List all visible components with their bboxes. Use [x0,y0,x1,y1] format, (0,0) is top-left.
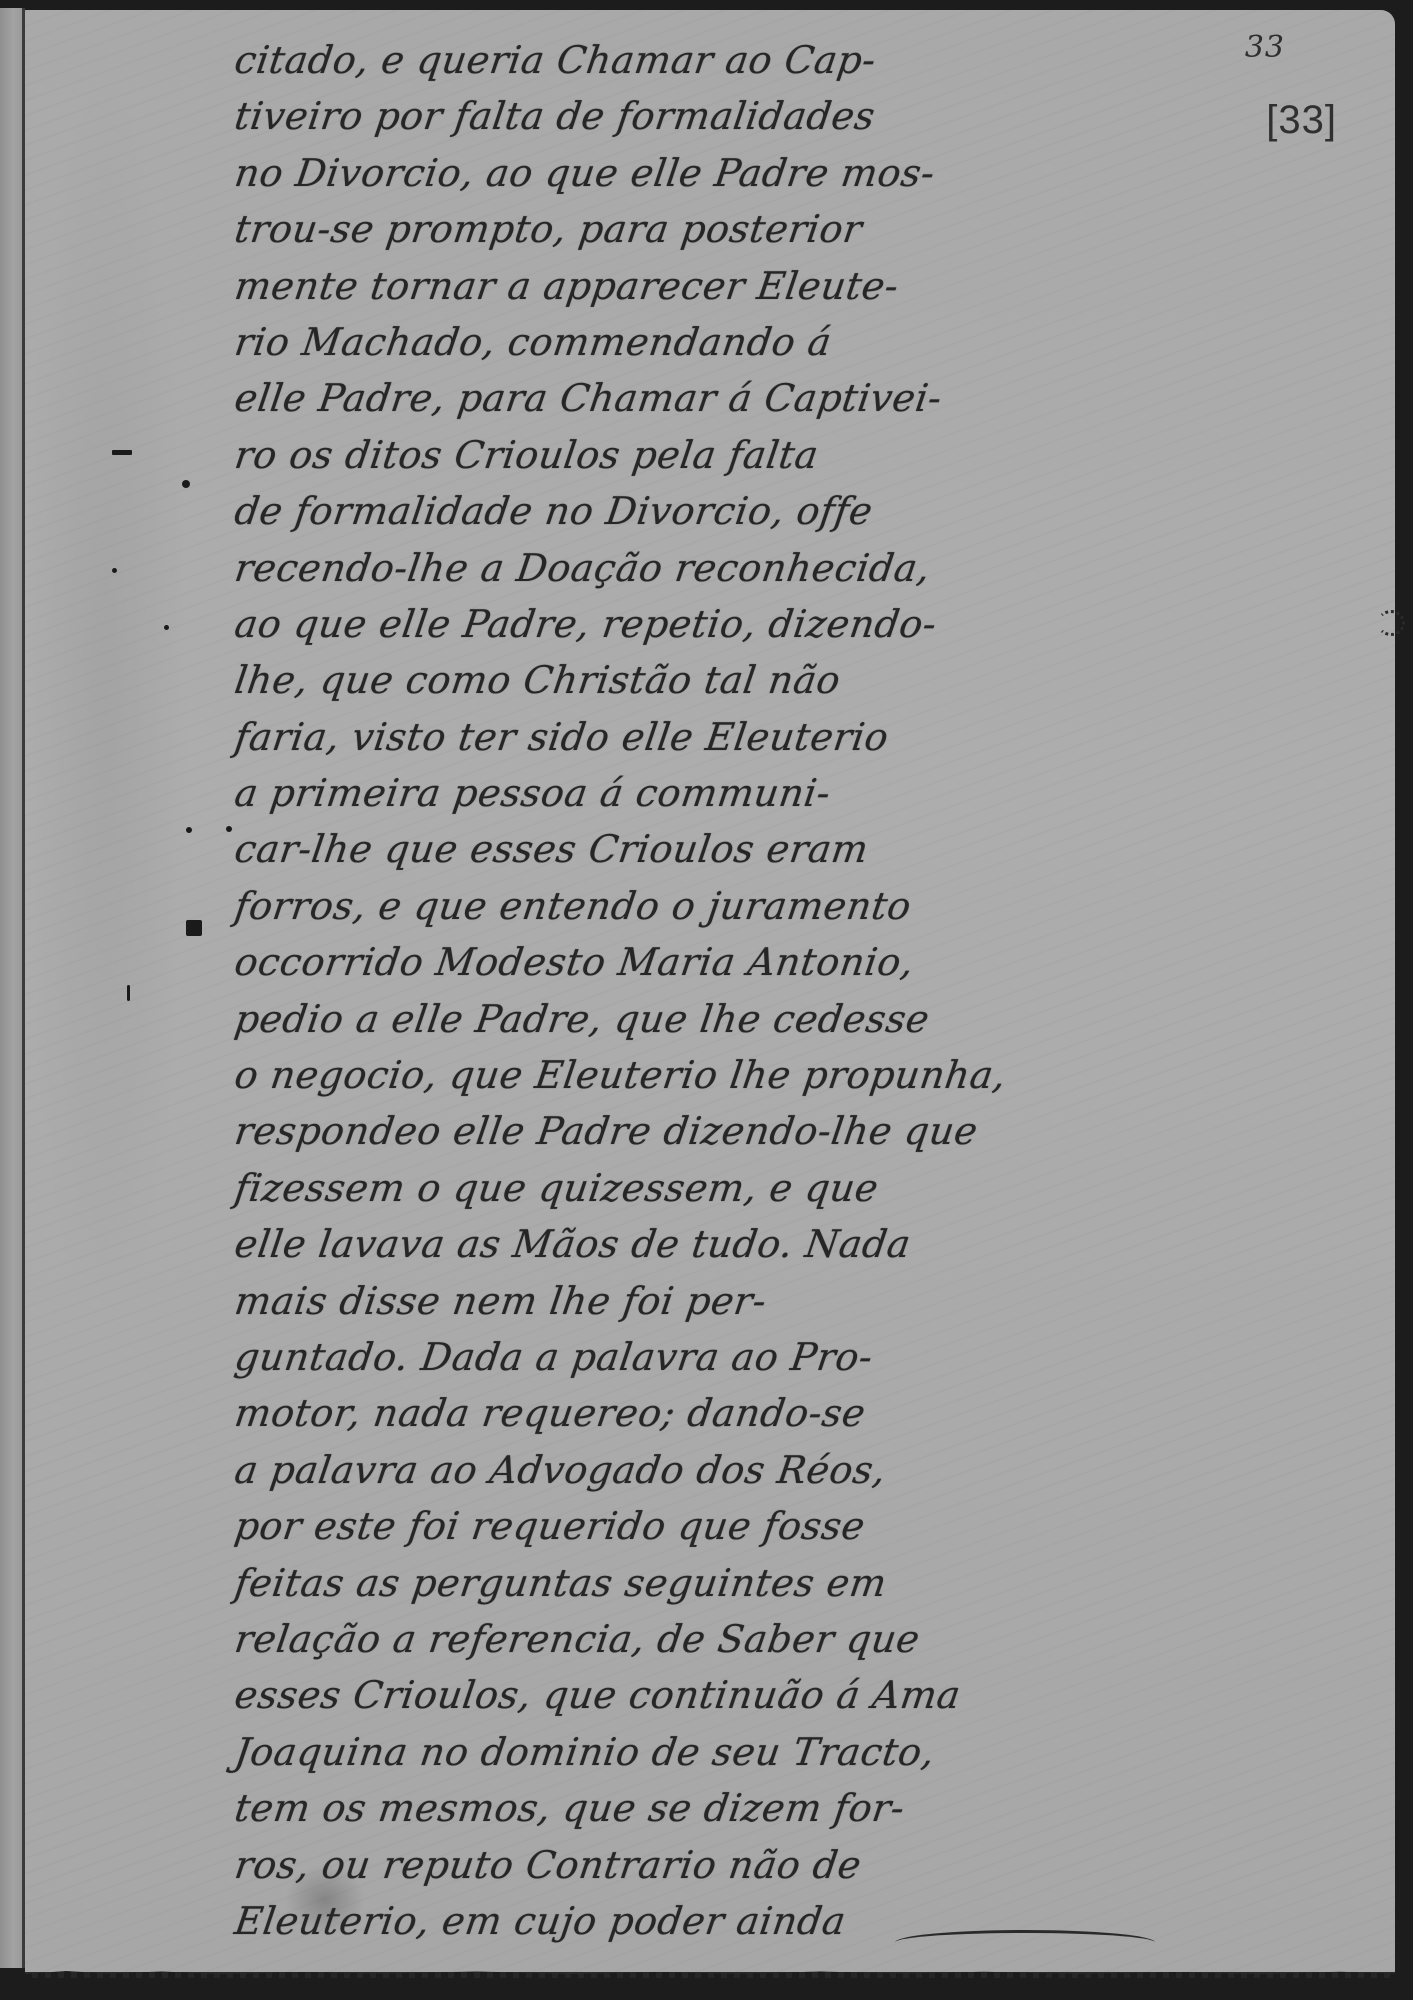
manuscript-line: respondeo elle Padre dizendo-lhe que [231,1103,1239,1159]
manuscript-line: motor, nada requereo; dando-se [231,1385,1239,1441]
page-number-archival: [33] [1266,98,1337,143]
margin-dash-mark [112,450,132,455]
manuscript-line: lhe, que como Christão tal não [231,652,1239,708]
manuscript-line: rio Machado, commendando á [231,314,1239,370]
margin-dot-mark [182,480,190,488]
manuscript-line: Joaquina no dominio de seu Tracto, [231,1724,1239,1780]
manuscript-line: elle lavava as Mãos de tudo. Nada [231,1216,1239,1272]
margin-dot-mark [186,827,192,833]
manuscript-line: recendo-lhe a Doação reconhecida, [231,540,1239,596]
manuscript-line: relação a referencia, de Saber que [231,1611,1239,1667]
manuscript-line: a palavra ao Advogado dos Réos, [231,1442,1239,1498]
manuscript-line: tiveiro por falta de formalidades [231,88,1239,144]
margin-dot-mark [226,826,232,832]
manuscript-line: no Divorcio, ao que elle Padre mos- [231,145,1239,201]
manuscript-line: elle Padre, para Chamar á Captivei- [231,370,1239,426]
manuscript-line: ro os ditos Crioulos pela falta [231,427,1239,483]
manuscript-text: citado, e queria Chamar ao Cap- tiveiro … [235,32,1235,1949]
margin-dot-mark [112,568,117,573]
manuscript-line: occorrido Modesto Maria Antonio, [231,934,1239,990]
manuscript-line: faria, visto ter sido elle Eleuterio [231,709,1239,765]
manuscript-line: mais disse nem lhe foi per- [231,1273,1239,1329]
manuscript-line: o negocio, que Eleuterio lhe propunha, [231,1047,1239,1103]
manuscript-line: por este foi requerido que fosse [231,1498,1239,1554]
manuscript-line: pedio a elle Padre, que lhe cedesse [231,991,1239,1047]
manuscript-line: tem os mesmos, que se dizem for- [231,1780,1239,1836]
torn-bottom-edge [25,1968,1395,1978]
manuscript-line: Eleuterio, em cujo poder ainda [231,1893,1239,1949]
previous-page-edge [0,8,22,1968]
page-number-handwritten: 33 [1245,30,1285,65]
manuscript-line: mente tornar a apparecer Eleute- [231,258,1239,314]
manuscript-line: fizessem o que quizessem, e que [231,1160,1239,1216]
margin-tick-mark [127,985,130,1001]
manuscript-line: de formalidade no Divorcio, offe [231,483,1239,539]
manuscript-line: ros, ou reputo Contrario não de [231,1837,1239,1893]
margin-ink-blot [186,920,202,936]
manuscript-line: guntado. Dada a palavra ao Pro- [231,1329,1239,1385]
margin-dot-mark [164,625,169,630]
manuscript-line: trou-se prompto, para posterior [231,201,1239,257]
manuscript-line: forros, e que entendo o juramento [231,878,1239,934]
manuscript-line: esses Crioulos, que continuão á Ama [231,1667,1239,1723]
manuscript-line: feitas as perguntas seguintes em [231,1555,1239,1611]
margin-flourish-mark [1377,610,1405,636]
manuscript-line: car-lhe que esses Crioulos eram [231,821,1239,877]
manuscript-line: a primeira pessoa á communi- [231,765,1239,821]
manuscript-line: citado, e queria Chamar ao Cap- [231,32,1239,88]
manuscript-line: ao que elle Padre, repetio, dizendo- [231,596,1239,652]
